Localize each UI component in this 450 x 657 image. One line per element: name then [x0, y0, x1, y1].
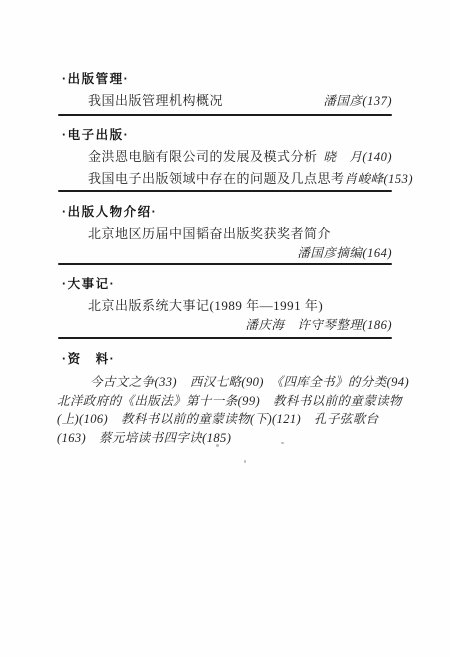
paragraph-line: 北洋政府的《出版法》第十一条(99) 教科书以前的童蒙读物	[57, 392, 407, 411]
item-author-page: 肖峻峰(153)	[345, 170, 414, 189]
toc-section-chronicle: ·大事记· 北京出版系统大事记(1989 年—1991 年) 潘庆海 许守琴整理…	[62, 275, 392, 335]
toc-section-publisher-profiles: ·出版人物介绍· 北京地区历届中国韬奋出版奖获奖者简介 潘国彦摘编(164)	[62, 203, 392, 263]
paragraph-line: (163) 蔡元培读书四字诀(185)	[57, 429, 407, 448]
item-title: 金洪恩电脑有限公司的发展及模式分析	[62, 147, 318, 166]
paragraph-line: (上)(106) 教科书以前的童蒙读物(下)(121) 孔子弦歌台	[57, 410, 407, 429]
toc-item: 我国电子出版领域中存在的问题及几点思考 肖峻峰(153)	[62, 169, 392, 189]
section-divider	[58, 337, 392, 339]
item-author-page: 潘国彦(137)	[323, 92, 392, 111]
item-title: 北京出版系统大事记(1989 年—1991 年)	[62, 296, 323, 315]
toc-item: 北京地区历届中国韬奋出版奖获奖者简介	[62, 224, 392, 243]
section-divider	[58, 114, 392, 116]
item-title: 北京地区历届中国韬奋出版奖获奖者简介	[62, 224, 331, 243]
toc-section-materials: ·资 料· 今古文之争(33) 西汉七略(90) 《四库全书》的分类(94) 北…	[62, 350, 392, 447]
section-title: ·出版人物介绍·	[62, 203, 392, 222]
item-title: 我国出版管理机构概况	[62, 91, 223, 110]
scanned-toc-page: ·出版管理· 我国出版管理机构概况 潘国彦(137) ·电子出版· 金洪恩电脑有…	[0, 0, 450, 657]
section-title: ·电子出版·	[62, 126, 392, 145]
scan-speck	[216, 444, 219, 447]
section-title: ·资 料·	[62, 350, 392, 369]
section-title: ·出版管理·	[62, 70, 392, 89]
item-author-page: 潘国彦摘编(164)	[62, 244, 392, 263]
item-title: 我国电子出版领域中存在的问题及几点思考	[62, 169, 345, 188]
materials-paragraph: 今古文之争(33) 西汉七略(90) 《四库全书》的分类(94) 北洋政府的《出…	[57, 373, 407, 447]
toc-section-publishing-management: ·出版管理· 我国出版管理机构概况 潘国彦(137)	[62, 70, 392, 111]
section-divider	[58, 263, 392, 265]
item-author-page: 晓 月(140)	[323, 148, 392, 167]
paragraph-line: 今古文之争(33) 西汉七略(90) 《四库全书》的分类(94)	[57, 373, 407, 392]
section-divider	[58, 190, 392, 192]
section-title: ·大事记·	[62, 275, 392, 294]
toc-item: 我国出版管理机构概况 潘国彦(137)	[62, 91, 392, 111]
toc-item: 金洪恩电脑有限公司的发展及模式分析 晓 月(140)	[62, 147, 392, 167]
toc-section-electronic-publishing: ·电子出版· 金洪恩电脑有限公司的发展及模式分析 晓 月(140) 我国电子出版…	[62, 126, 392, 189]
scan-speck	[244, 460, 246, 463]
scan-speck	[281, 442, 284, 444]
toc-item: 北京出版系统大事记(1989 年—1991 年)	[62, 296, 392, 315]
item-author-page: 潘庆海 许守琴整理(186)	[62, 316, 392, 335]
